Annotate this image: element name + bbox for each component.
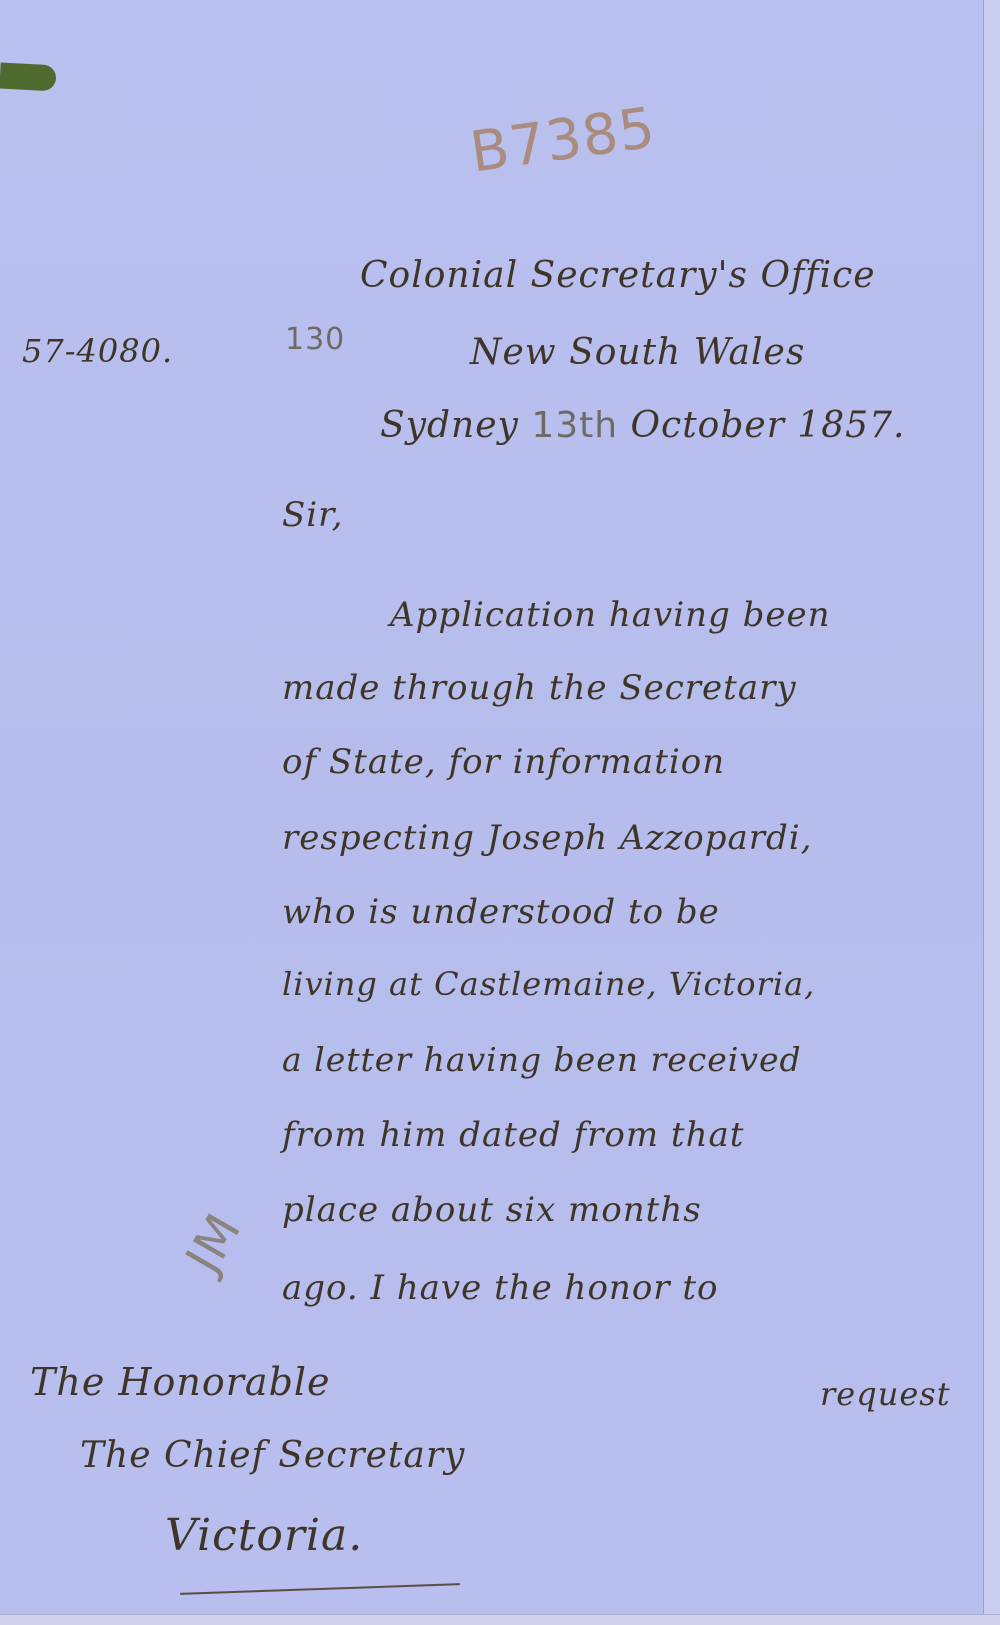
body-line-3: of State, for information bbox=[282, 742, 725, 782]
salutation: Sir, bbox=[282, 495, 344, 535]
addressee-underline bbox=[180, 1583, 460, 1595]
marginal-initials: JM bbox=[175, 1204, 252, 1282]
body-line-8: from him dated from that bbox=[282, 1115, 744, 1155]
date-day: 13th bbox=[531, 405, 618, 446]
catchword: request bbox=[820, 1375, 951, 1413]
body-line-1: Application having been bbox=[390, 595, 830, 635]
header-office: Colonial Secretary's Office bbox=[360, 255, 876, 296]
body-line-7: a letter having been received bbox=[282, 1040, 802, 1079]
body-line-9: place about six months bbox=[282, 1190, 702, 1230]
date-place: Sydney bbox=[380, 405, 519, 446]
header-colony: New South Wales bbox=[470, 332, 805, 373]
archive-number: B7385 bbox=[466, 95, 659, 185]
body-line-10: ago. I have the honor to bbox=[282, 1268, 718, 1308]
addressee-line-1: The Honorable bbox=[30, 1360, 331, 1404]
body-line-2: made through the Secretary bbox=[282, 668, 797, 708]
reference-number: 57-4080. bbox=[22, 332, 173, 370]
date-month-year: October 1857. bbox=[631, 405, 906, 446]
body-line-6: living at Castlemaine, Victoria, bbox=[282, 965, 815, 1003]
folio-number: 130 bbox=[285, 322, 345, 357]
page-edge bbox=[983, 0, 1000, 1625]
body-line-4: respecting Joseph Azzopardi, bbox=[282, 818, 812, 858]
page-bottom-edge bbox=[0, 1614, 1000, 1625]
header-date-line: Sydney 13th October 1857. bbox=[380, 405, 905, 446]
addressee-line-3: Victoria. bbox=[165, 1510, 363, 1561]
green-ribbon-tag bbox=[0, 63, 57, 92]
addressee-line-2: The Chief Secretary bbox=[80, 1435, 465, 1476]
body-line-5: who is understood to be bbox=[282, 892, 720, 932]
letter-page: B7385 Colonial Secretary's Office 57-408… bbox=[0, 0, 1000, 1625]
